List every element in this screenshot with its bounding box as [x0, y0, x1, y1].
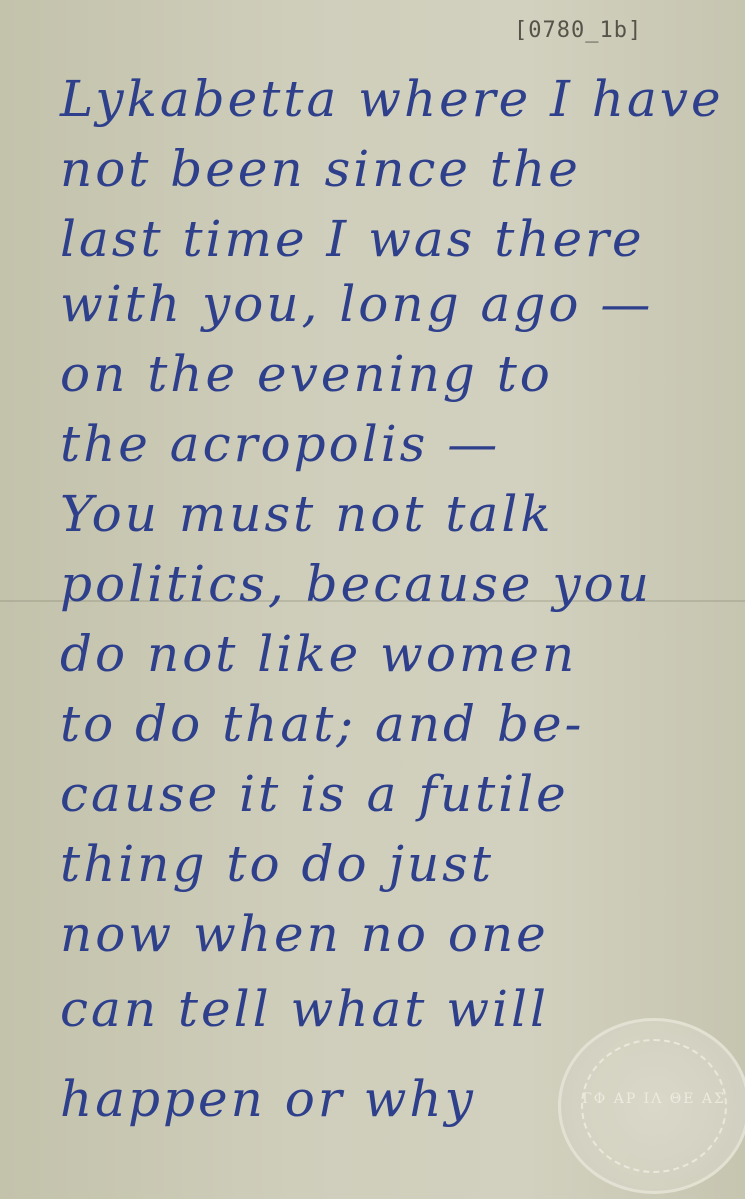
letter-line: now when no one: [60, 905, 549, 963]
letter-line: politics, because you: [60, 555, 652, 613]
letter-line: with you, long ago —: [60, 275, 653, 333]
seal-text: ΓΦ ΑΡ ΙΛ ΘΕ ΑΣ: [561, 1091, 745, 1107]
letter-line: can tell what will: [60, 980, 549, 1038]
archive-label: [0780_1b]: [514, 18, 642, 43]
letter-line: You must not talk: [60, 485, 554, 543]
letter-page: [0780_1b] Lykabetta where I have not bee…: [0, 0, 745, 1199]
letter-line: not been since the: [60, 140, 581, 198]
letter-line: Lykabetta where I have: [60, 70, 724, 128]
letter-line: do not like women: [60, 625, 577, 683]
letter-line: last time I was there: [60, 210, 645, 268]
letter-line: the acropolis —: [60, 415, 500, 473]
letter-line: on the evening to: [60, 345, 553, 403]
letter-line: happen or why: [60, 1070, 476, 1128]
institution-seal: ΓΦ ΑΡ ΙΛ ΘΕ ΑΣ: [558, 1018, 745, 1194]
letter-line: thing to do just: [60, 835, 494, 893]
letter-line: to do that; and be-: [60, 695, 584, 753]
letter-line: cause it is a futile: [60, 765, 569, 823]
